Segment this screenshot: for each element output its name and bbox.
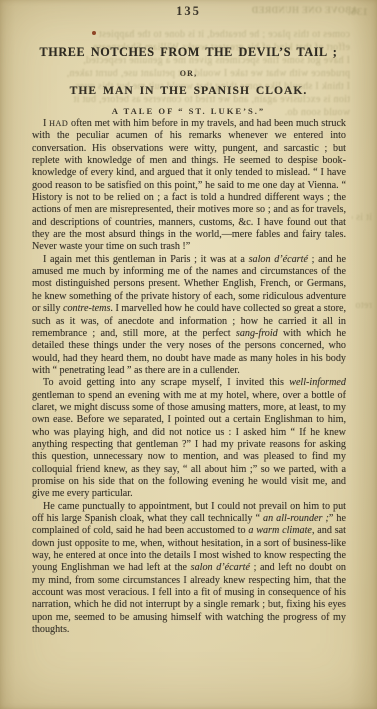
body-text: I HAD often met with him before in my tr… — [32, 118, 346, 636]
text-run: often met with him before in my travels,… — [32, 118, 346, 252]
paragraph: I HAD often met with him before in my tr… — [32, 118, 346, 254]
text-run: I again met this gentleman in Paris ; it… — [43, 254, 249, 265]
paragraph: I again met this gentleman in Paris ; it… — [32, 254, 346, 377]
italic-phrase: a warm climate — [248, 525, 312, 536]
text-run: gentleman to spend an evening with me at… — [32, 390, 346, 500]
italic-phrase: sang-froid — [236, 328, 278, 339]
title-or-label: OR, — [0, 69, 377, 78]
italic-phrase: an all-rounder ; — [263, 513, 329, 524]
small-caps-word: HAD — [49, 119, 68, 128]
page-subtitle: THE MAN IN THE SPANISH CLOAK. — [0, 84, 377, 97]
page-title: THREE NOTCHES FROM THE DEVIL’S TAIL ; — [0, 45, 377, 60]
italic-phrase: well-informed — [289, 377, 346, 388]
bleedthrough-text: it is d — [352, 212, 372, 223]
italic-phrase: salon d’écarté — [191, 562, 250, 573]
italic-phrase: salon d’écarté — [249, 254, 308, 265]
ink-speck — [92, 31, 96, 35]
bleedthrough-text: comes to this place ; he breathed, it is… — [28, 29, 350, 40]
book-page: 136.ABOVE ONE HUNDREDcomes to this place… — [0, 0, 377, 709]
paragraph: To avoid getting into any scrape myself,… — [32, 377, 346, 500]
paragraph: He came punctually to appointment, but I… — [32, 501, 346, 637]
text-run: To avoid getting into any scrape myself,… — [43, 377, 289, 388]
italic-phrase: contre-tems — [63, 303, 110, 314]
bleedthrough-text: reto — [354, 300, 372, 311]
tale-subtitle: A TALE OF “ ST. LUKE’S.” — [0, 106, 377, 116]
page-number: 135 — [0, 4, 377, 19]
